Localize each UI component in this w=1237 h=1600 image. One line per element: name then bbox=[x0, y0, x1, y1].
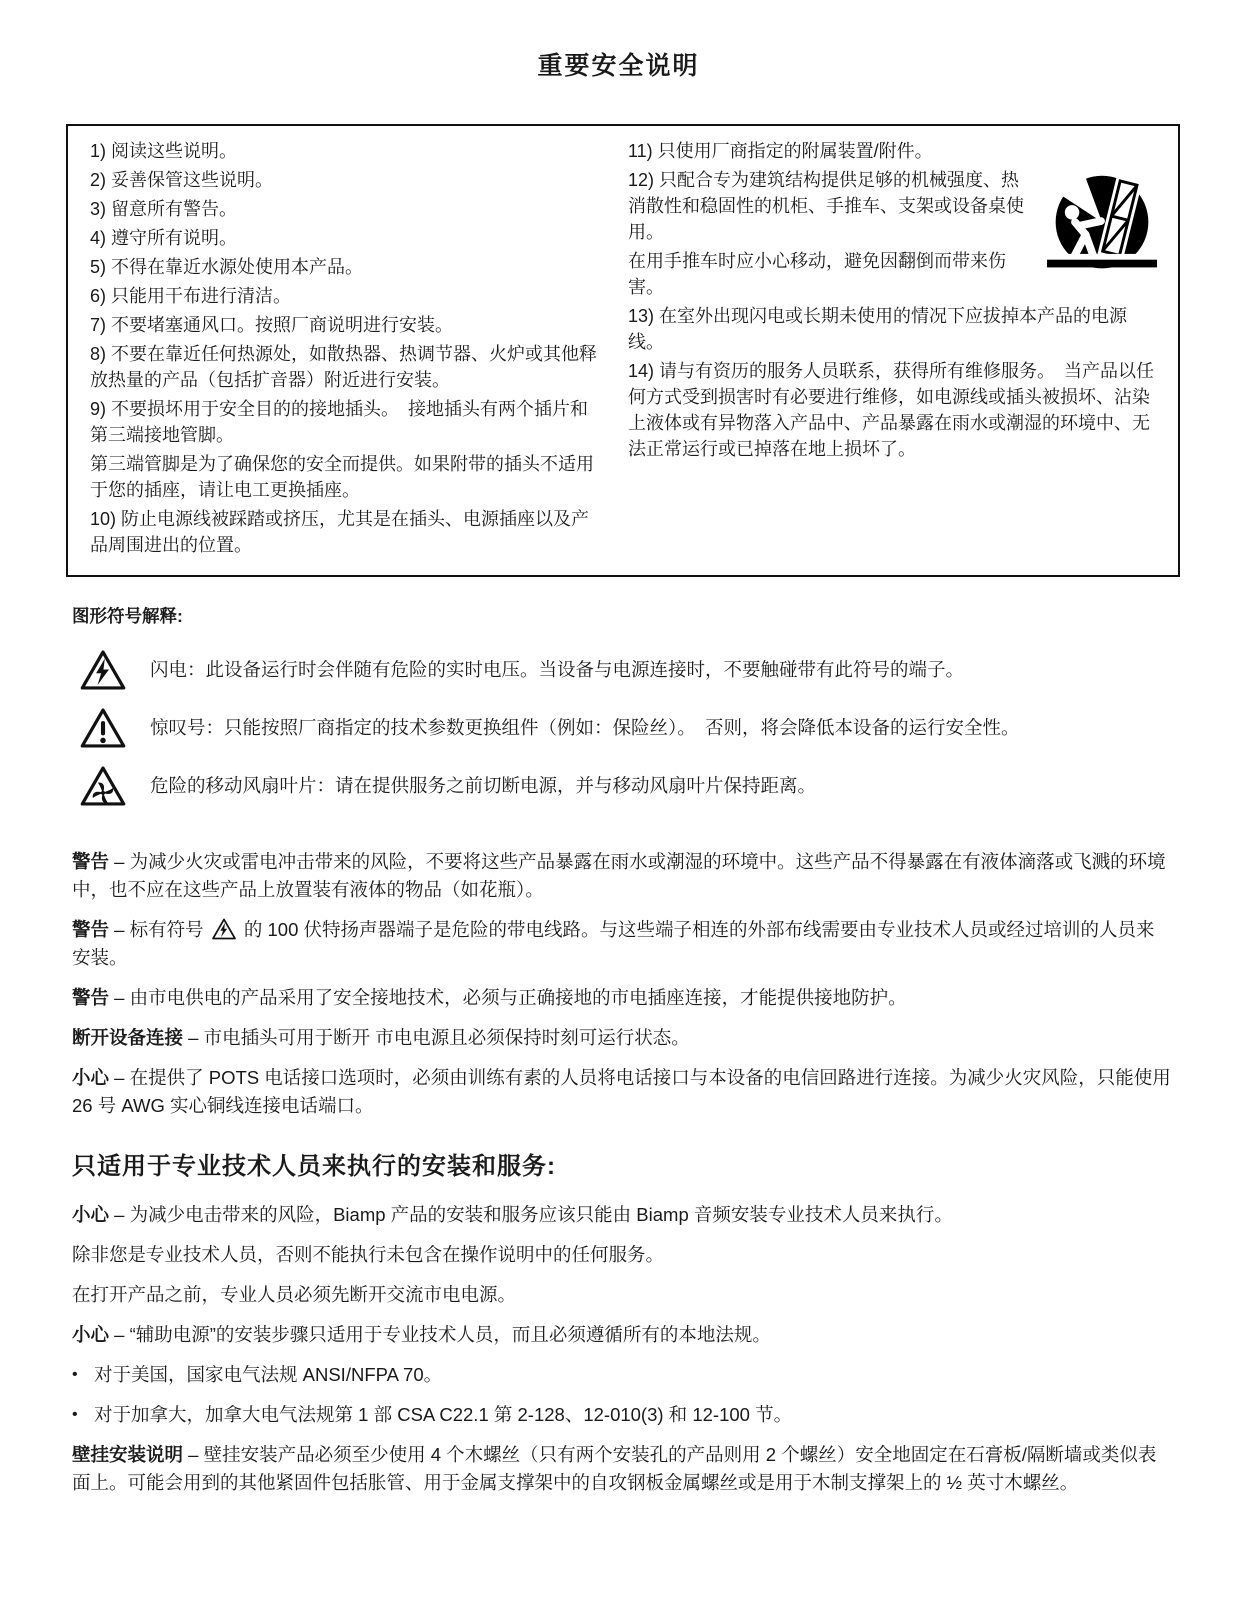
caution-paragraph: 小心 – 为减少电击带来的风险，Biamp 产品的安装和服务应该只能由 Biam… bbox=[72, 1201, 1172, 1229]
page-title: 重要安全说明 bbox=[0, 0, 1237, 82]
caution-paragraph: 小心 – “辅助电源”的安装步骤只适用于专业技术人员，而且必须遵循所有的本地法规… bbox=[72, 1321, 1172, 1349]
wall-mount-lead: 壁挂安装说明 bbox=[72, 1444, 183, 1465]
instruction-item: 13) 在室外出现闪电或长期未使用的情况下应拔掉本产品的电源线。 bbox=[628, 303, 1158, 355]
instruction-item: 2) 妥善保管这些说明。 bbox=[90, 167, 598, 193]
caution-lead: 小心 bbox=[72, 1324, 109, 1345]
instruction-item: 7) 不要堵塞通风口。按照厂商说明进行安装。 bbox=[90, 312, 598, 338]
professional-section-heading: 只适用于专业技术人员来执行的安装和服务: bbox=[72, 1146, 1172, 1181]
symbol-explanation-section: 图形符号解释: 闪电：此设备运行时会伴随有危险的实时电压。当设备与电源连接时，不… bbox=[72, 603, 1172, 810]
instruction-item: 1) 阅读这些说明。 bbox=[90, 138, 598, 164]
instruction-item: 8) 不要在靠近任何热源处，如散热器、热调节器、火炉或其他释放热量的产品（包括扩… bbox=[90, 341, 598, 393]
symbol-description: 危险的移动风扇叶片：请在提供服务之前切断电源，并与移动风扇叶片保持距离。 bbox=[150, 773, 816, 799]
bullet-marker: • bbox=[72, 1361, 94, 1389]
warning-lead: 小心 bbox=[72, 1067, 109, 1088]
safety-instructions-box: 1) 阅读这些说明。 2) 妥善保管这些说明。 3) 留意所有警告。 4) 遵守… bbox=[66, 124, 1180, 577]
symbol-description: 惊叹号：只能按照厂商指定的技术参数更换组件（例如：保险丝）。 否则，将会降低本设… bbox=[150, 715, 1020, 741]
instruction-item: 3) 留意所有警告。 bbox=[90, 196, 598, 222]
body-paragraph: 在打开产品之前，专业人员必须先断开交流市电电源。 bbox=[72, 1281, 1172, 1309]
warning-lead: 警告 bbox=[72, 919, 109, 940]
lightning-triangle-icon bbox=[211, 918, 237, 940]
instruction-item: 10) 防止电源线被踩踏或挤压，尤其是在插头、电源插座以及产品周围进出的位置。 bbox=[90, 506, 598, 558]
cart-tip-warning-icon bbox=[1046, 169, 1158, 277]
warning-paragraph: 警告 – 由市电供电的产品采用了安全接地技术，必须与正确接地的市电插座连接，才能… bbox=[72, 984, 1172, 1012]
instructions-right-column: 11) 只使用厂商指定的附属装置/附件。 bbox=[628, 138, 1158, 561]
symbol-section-heading: 图形符号解释: bbox=[72, 603, 1172, 628]
symbol-row: 闪电：此设备运行时会伴随有危险的实时电压。当设备与电源连接时，不要触碰带有此符号… bbox=[72, 646, 1172, 694]
instruction-item: 4) 遵守所有说明。 bbox=[90, 225, 598, 251]
instruction-item: 第三端管脚是为了确保您的安全而提供。如果附带的插头不适用于您的插座，请让电工更换… bbox=[90, 451, 598, 503]
instruction-item: 14) 请与有资历的服务人员联系，获得所有维修服务。 当产品以任何方式受到损害时… bbox=[628, 358, 1158, 462]
warning-paragraph: 小心 – 在提供了 POTS 电话接口选项时，必须由训练有素的人员将电话接口与本… bbox=[72, 1064, 1172, 1120]
body-paragraph: 除非您是专业技术人员，否则不能执行未包含在操作说明中的任何服务。 bbox=[72, 1241, 1172, 1269]
warning-lead: 警告 bbox=[72, 851, 109, 872]
warning-paragraph: 断开设备连接 – 市电插头可用于断开 市电电源且必须保持时刻可运行状态。 bbox=[72, 1024, 1172, 1052]
safety-instructions-page: 重要安全说明 1) 阅读这些说明。 2) 妥善保管这些说明。 3) 留意所有警告… bbox=[0, 0, 1237, 1600]
instruction-item: 11) 只使用厂商指定的附属装置/附件。 bbox=[628, 138, 1158, 164]
fan-triangle-icon bbox=[80, 765, 126, 807]
instructions-left-column: 1) 阅读这些说明。 2) 妥善保管这些说明。 3) 留意所有警告。 4) 遵守… bbox=[90, 138, 598, 561]
instruction-item: 9) 不要损坏用于安全目的的接地插头。 接地插头有两个插片和第三端接地管脚。 bbox=[90, 396, 598, 448]
symbol-row: 惊叹号：只能按照厂商指定的技术参数更换组件（例如：保险丝）。 否则，将会降低本设… bbox=[72, 704, 1172, 752]
bullet-item: •对于加拿大，加拿大电气法规第 1 部 CSA C22.1 第 2-128、12… bbox=[72, 1401, 1172, 1429]
instruction-item: 5) 不得在靠近水源处使用本产品。 bbox=[90, 254, 598, 280]
warning-lead: 警告 bbox=[72, 987, 109, 1008]
warning-lead: 断开设备连接 bbox=[72, 1027, 183, 1048]
lightning-triangle-icon bbox=[80, 649, 126, 691]
instruction-item: 6) 只能用干布进行清洁。 bbox=[90, 283, 598, 309]
exclamation-triangle-icon bbox=[80, 707, 126, 749]
symbol-row: 危险的移动风扇叶片：请在提供服务之前切断电源，并与移动风扇叶片保持距离。 bbox=[72, 762, 1172, 810]
warnings-section: 警告 – 为减少火灾或雷电冲击带来的风险，不要将这些产品暴露在雨水或潮湿的环境中… bbox=[72, 848, 1172, 1497]
bullet-item: •对于美国，国家电气法规 ANSI/NFPA 70。 bbox=[72, 1361, 1172, 1389]
bullet-marker: • bbox=[72, 1401, 94, 1429]
caution-lead: 小心 bbox=[72, 1204, 109, 1225]
warning-paragraph: 警告 – 标有符号 的 100 伏特扬声器端子是危险的带电线路。与这些端子相连的… bbox=[72, 916, 1172, 972]
warning-paragraph: 警告 – 为减少火灾或雷电冲击带来的风险，不要将这些产品暴露在雨水或潮湿的环境中… bbox=[72, 848, 1172, 904]
symbol-description: 闪电：此设备运行时会伴随有危险的实时电压。当设备与电源连接时，不要触碰带有此符号… bbox=[150, 657, 964, 683]
wall-mount-paragraph: 壁挂安装说明 – 壁挂安装产品必须至少使用 4 个木螺丝（只有两个安装孔的产品则… bbox=[72, 1441, 1172, 1497]
